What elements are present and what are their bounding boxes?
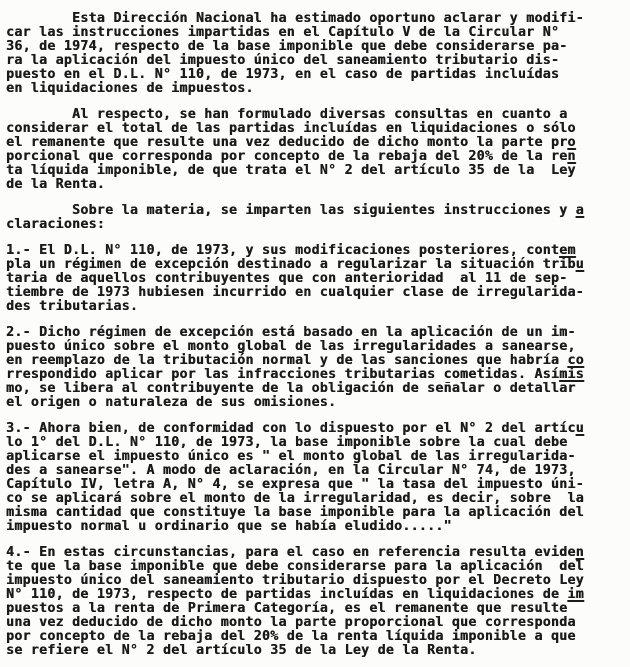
text-line: pla un régimen de excepción destinado a … <box>6 258 626 272</box>
continuation-underline: im <box>567 587 584 602</box>
item-2-paragraph: 2.- Dicho régimen de excepción está basa… <box>6 326 626 410</box>
continuation-underline: u <box>576 257 584 272</box>
text-line: ra la aplicación del impuesto único del … <box>6 54 626 68</box>
text-line: impuesto único del saneamiento tributari… <box>6 574 626 588</box>
text-line: 2.- Dicho régimen de excepción está basa… <box>6 326 626 340</box>
text-line: considerar el total de las partidas incl… <box>6 122 626 136</box>
continuation-underline: em <box>559 243 576 258</box>
continuation-underline: u <box>576 421 584 436</box>
intro-paragraph: Esta Dirección Nacional ha estimado opor… <box>6 12 626 96</box>
text-line: taria de aquellos contribuyentes que con… <box>6 272 626 286</box>
continuation-underline: a <box>576 203 584 218</box>
text-line: en reemplazo de la tributación normal y … <box>6 354 626 368</box>
text-line: Al respecto, se han formulado diversas c… <box>6 108 626 122</box>
text-line: lo 1° del D.L. N° 110, de 1973, la base … <box>6 436 626 450</box>
text-line: se refiere el N° 2 del artículo 35 de la… <box>6 644 626 658</box>
text-line: puestos a la renta de Primera Categoría,… <box>6 602 626 616</box>
text-line: Sobre la materia, se imparten las siguie… <box>6 204 626 218</box>
text-line: tiembre de 1973 hubiesen incurrido en cu… <box>6 286 626 300</box>
continuation-underline: n <box>576 545 584 560</box>
text-line: 3.- Ahora bien, de conformidad con lo di… <box>6 422 626 436</box>
text-line: en liquidaciones de impuestos. <box>6 82 626 96</box>
continuation-underline: co <box>567 353 584 368</box>
text-line: el origen o naturaleza de sus omisiones. <box>6 396 626 410</box>
text-line: una vez deducido de dicho monto la parte… <box>6 616 626 630</box>
text-line: Capítulo IV, letra A, N° 4, se expresa q… <box>6 478 626 492</box>
text-line: des tributarias. <box>6 300 626 314</box>
text-line: 1.- El D.L. N° 110, de 1973, y sus modif… <box>6 244 626 258</box>
document-page: Esta Dirección Nacional ha estimado opor… <box>0 0 630 658</box>
text-line: porcional que corresponda por concepto d… <box>6 150 626 164</box>
text-line: car las instrucciones impartidas en el C… <box>6 26 626 40</box>
continuation-underline: o <box>567 135 575 150</box>
text-line: puesto único sobre el monto global de la… <box>6 340 626 354</box>
item-1-paragraph: 1.- El D.L. N° 110, de 1973, y sus modif… <box>6 244 626 314</box>
text-line: N° 110, de 1973, respecto de partidas in… <box>6 588 626 602</box>
text-line: rrespondido aplicar por las infracciones… <box>6 368 626 382</box>
text-line: mo, se libera al contribuyente de la obl… <box>6 382 626 396</box>
text-line: puesto en el D.L. N° 110, de 1973, en el… <box>6 68 626 82</box>
item-3-paragraph: 3.- Ahora bien, de conformidad con lo di… <box>6 422 626 534</box>
text-line: Esta Dirección Nacional ha estimado opor… <box>6 12 626 26</box>
text-line: impuesto normal u ordinario que se había… <box>6 520 626 534</box>
text-line: co se aplicará sobre el monto de la irre… <box>6 492 626 506</box>
text-line: por concepto de la rebaja del 20% de la … <box>6 630 626 644</box>
text-line: 36, de 1974, respecto de la base imponib… <box>6 40 626 54</box>
text-line: de la Renta. <box>6 178 626 192</box>
text-line: 4.- En estas circunstancias, para el cas… <box>6 546 626 560</box>
item-4-paragraph: 4.- En estas circunstancias, para el cas… <box>6 546 626 658</box>
text-line: el remanente que resulte una vez deducid… <box>6 136 626 150</box>
text-line: des a sanearse". A modo de aclaración, e… <box>6 464 626 478</box>
text-line: aplicarse el impuesto único es " el mont… <box>6 450 626 464</box>
consultas-paragraph: Al respecto, se han formulado diversas c… <box>6 108 626 192</box>
text-line: claraciones: <box>6 218 626 232</box>
text-line: misma cantidad que constituye la base im… <box>6 506 626 520</box>
text-line: ta líquida imponible, de que trata el N°… <box>6 164 626 178</box>
text-line: te que la base imponible que debe consid… <box>6 560 626 574</box>
continuation-underline: n <box>567 149 575 164</box>
instrucciones-lead-paragraph: Sobre la materia, se imparten las siguie… <box>6 204 626 232</box>
continuation-underline: mis <box>559 367 584 382</box>
